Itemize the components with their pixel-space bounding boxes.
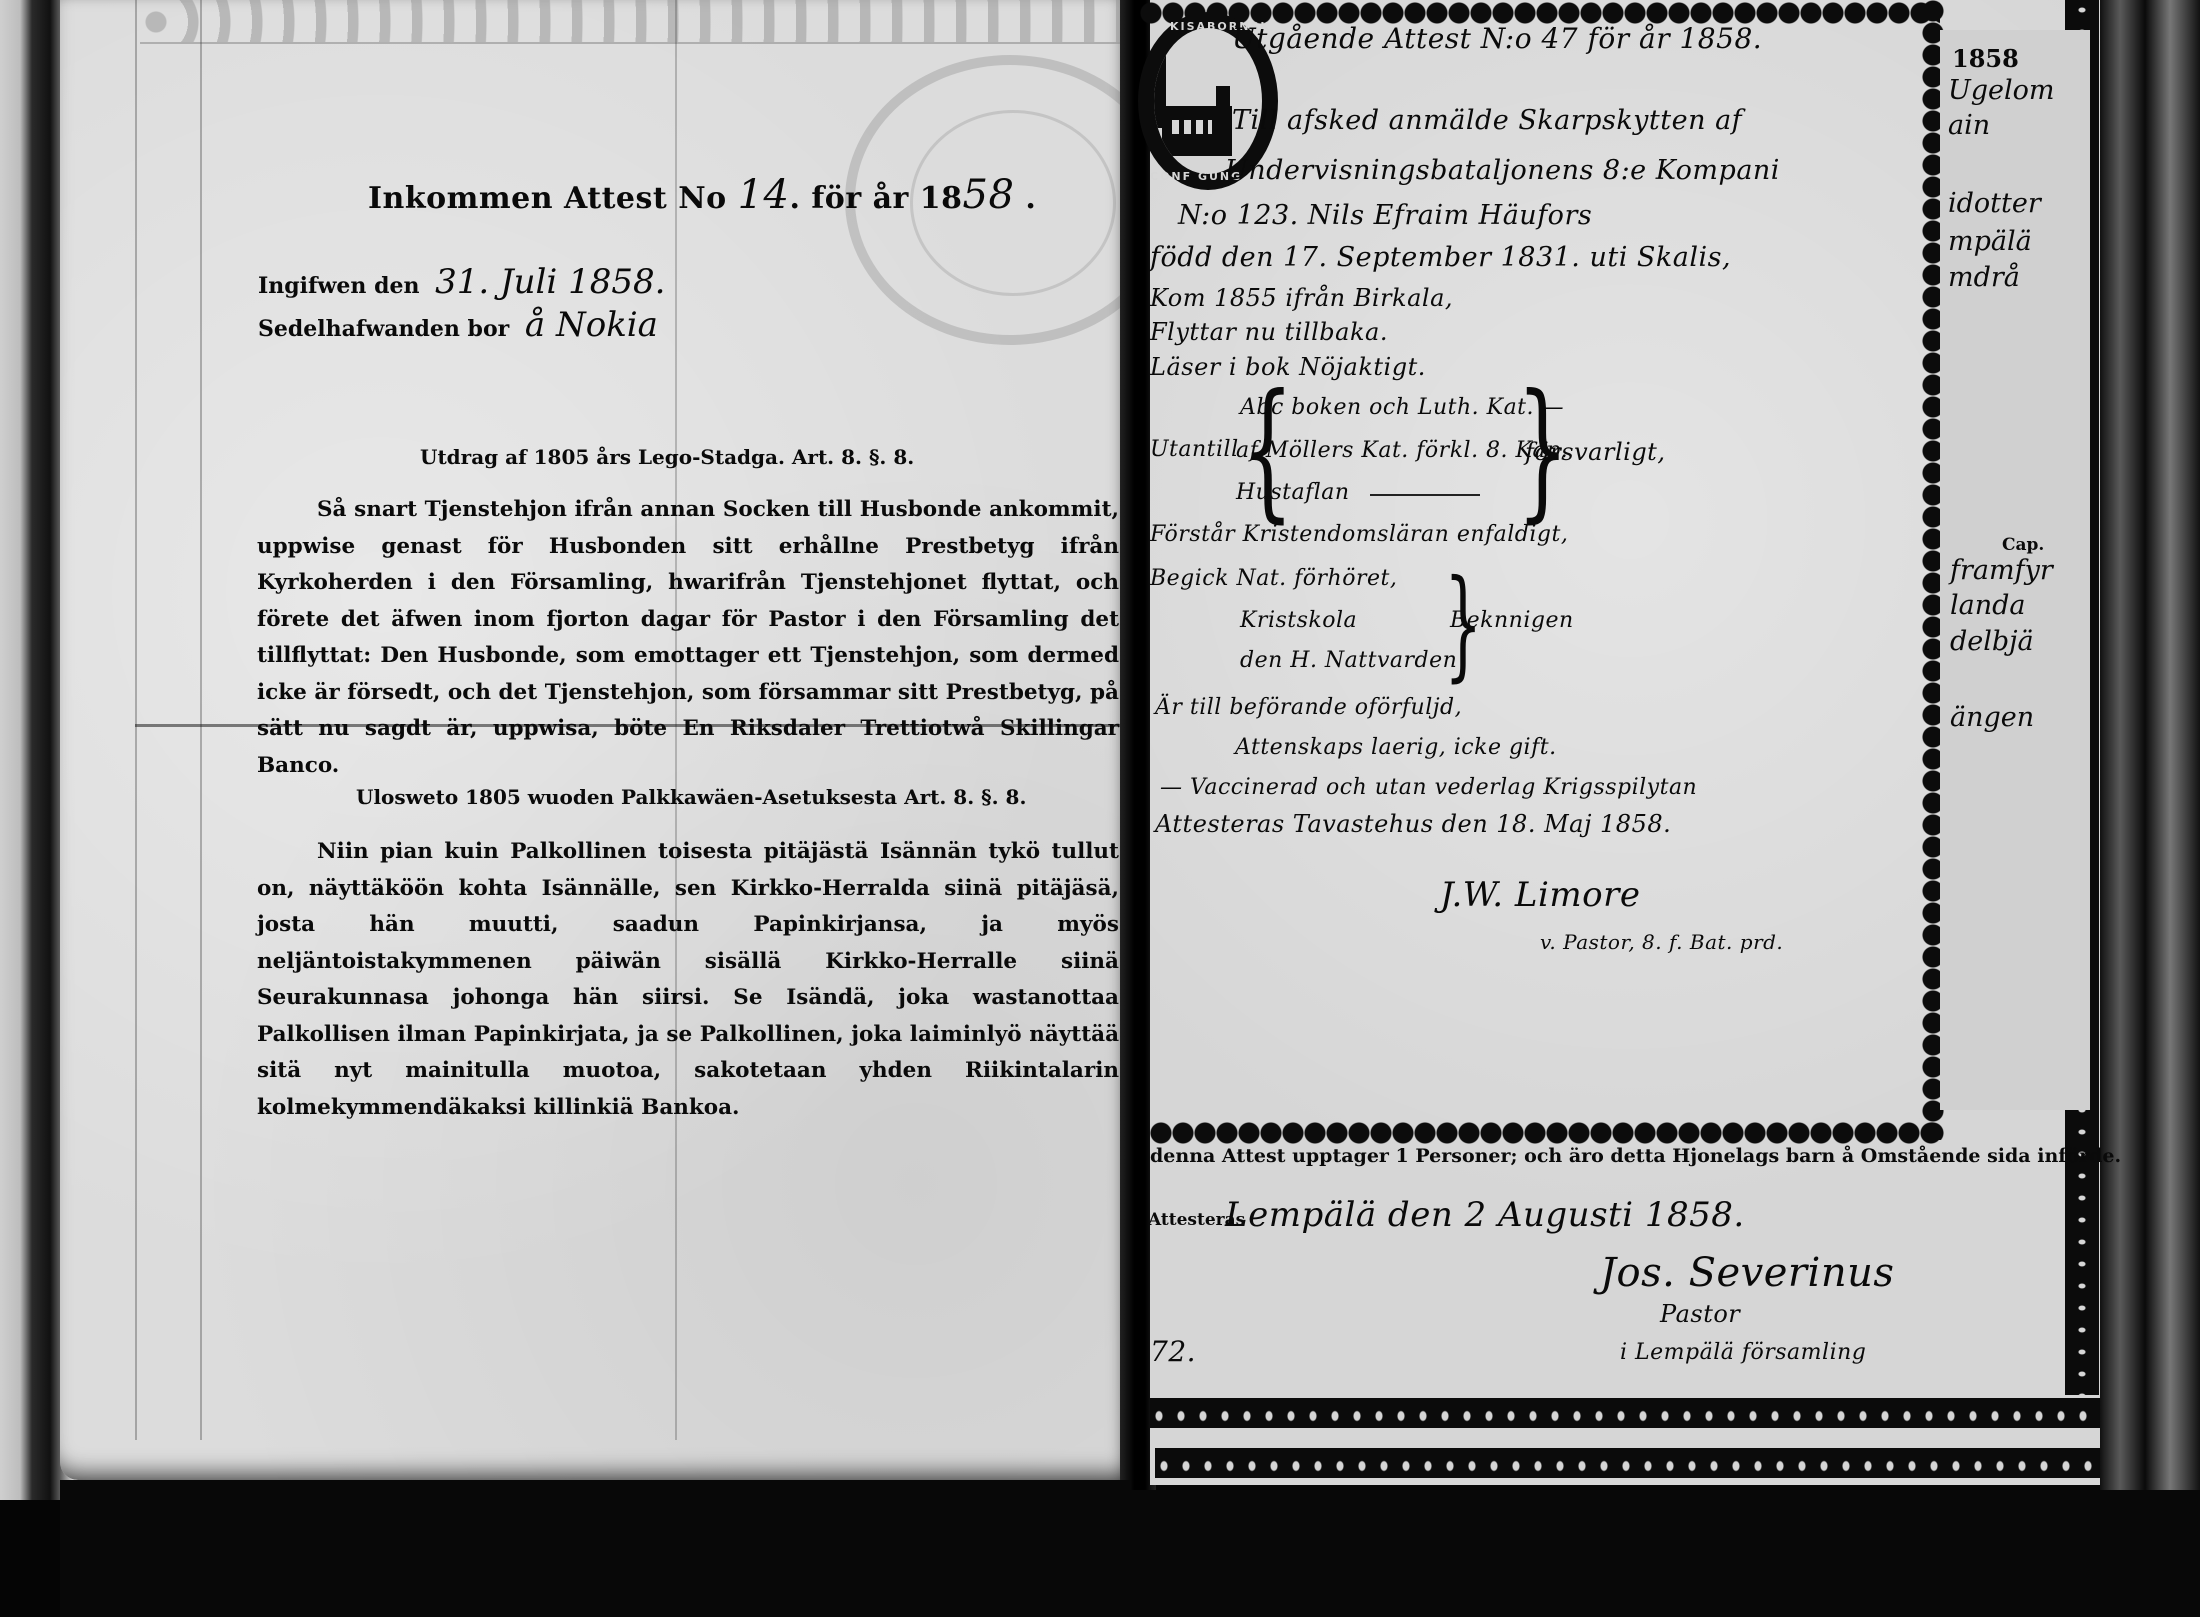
adjacent-year: 1858 xyxy=(1952,44,2019,73)
adjacent-fragment: ain xyxy=(1948,110,1990,141)
scanned-book-spread: Inkommen Attest No 14. för år 1858 . Ing… xyxy=(0,0,2200,1617)
bracket-item: Kristskola xyxy=(1240,608,1357,633)
margin-rule xyxy=(200,0,202,1440)
adjacent-fragment: idotter xyxy=(1948,188,2041,219)
finnish-extract-heading: Ulosweto 1805 wuoden Palkkawäen-Asetukse… xyxy=(356,785,1026,809)
swedish-extract-heading: Utdrag af 1805 års Lego-Stadga. Art. 8. … xyxy=(420,445,914,469)
signature-2-name: Jos. Severinus xyxy=(1600,1250,1894,1296)
bracket-item: den H. Nattvarden xyxy=(1240,648,1457,673)
printed-footer-persons: denna Attest upptager 1 Personer; och är… xyxy=(1150,1145,2121,1167)
bracket-right-label: försvarligt, xyxy=(1525,438,1665,466)
field-ingifwen: Ingifwen den 31. Juli 1858. xyxy=(258,262,665,302)
adjacent-fragment: mpälä xyxy=(1948,226,2032,257)
handwritten-line: — Vaccinerad och utan vederlag Krigsspil… xyxy=(1160,775,1697,800)
bracket-item: Hustaflan xyxy=(1236,480,1350,505)
ornamental-top-border xyxy=(140,0,1130,44)
field-label: Ingifwen den xyxy=(258,273,419,299)
handwritten-line: Är till beförande oförfuljd, xyxy=(1155,695,1462,720)
adjacent-cap-label: Cap. xyxy=(2002,535,2044,555)
ornate-frame-bottom-2 xyxy=(1155,1445,2105,1481)
outgoing-attest-header: Utgående Attest N:o 47 för år 1858. xyxy=(1232,22,1762,55)
scan-bottom-shadow xyxy=(1100,1490,2200,1617)
adjacent-fragment: mdrå xyxy=(1948,262,2020,293)
field-sedelhafwanden: Sedelhafwanden bor å Nokia xyxy=(258,305,658,345)
adjacent-fragment: Ugelom xyxy=(1948,75,2055,106)
page-number: 72. xyxy=(1150,1335,1196,1368)
signature-2-title: Pastor xyxy=(1660,1300,1740,1328)
handwritten-line: Till afsked anmälde Skarpskytten af xyxy=(1232,105,1742,136)
ornate-frame-bottom-1 xyxy=(1150,1395,2100,1431)
signature-title: v. Pastor, 8. f. Bat. prd. xyxy=(1540,930,1783,954)
signature-name: J.W. Limore xyxy=(1440,875,1640,915)
swedish-extract-body: Så snart Tjenstehjon ifrån annan Socken … xyxy=(257,492,1119,784)
scan-bottom-shadow-left xyxy=(60,1480,1130,1617)
title-printed-suffix: . xyxy=(1025,181,1036,216)
finnish-extract-body: Niin pian kuin Palkollinen toisesta pitä… xyxy=(257,834,1119,1126)
handwritten-line: Flyttar nu tillbaka. xyxy=(1150,318,1388,346)
attested-tavastehus-line: Attesteras Tavastehus den 18. Maj 1858. xyxy=(1155,810,1671,838)
handwritten-line: N:o 123. Nils Efraim Häufors xyxy=(1178,200,1592,231)
scallop-border-bottom xyxy=(1150,1120,1940,1146)
bracket-item: Abc boken och Luth. Kat. — xyxy=(1240,395,1564,420)
attest-number: 14 xyxy=(738,172,790,218)
adjacent-fragment: delbjä xyxy=(1950,626,2034,657)
field-value: 31. Juli 1858. xyxy=(435,262,665,302)
book-edge-right xyxy=(2100,0,2200,1617)
title-printed-prefix: Inkommen Attest No xyxy=(368,181,727,216)
adjacent-fragment: ängen xyxy=(1950,702,2034,733)
ditto-stroke xyxy=(1370,494,1480,496)
field-value: å Nokia xyxy=(525,305,658,345)
attest-year: 58 xyxy=(963,172,1015,218)
adjacent-fragment: framfyr xyxy=(1950,555,2053,586)
handwritten-line: Kom 1855 ifrån Birkala, xyxy=(1150,284,1453,312)
bracket-left-label: Utantill xyxy=(1150,437,1239,462)
bracket-right-label: Beknnigen xyxy=(1450,608,1574,633)
handwritten-line: Undervisningsbataljonens 8:e Kompani xyxy=(1225,155,1780,186)
attesteras-value: Lempälä den 2 Augusti 1858. xyxy=(1225,1195,1745,1235)
title-printed-mid: . för år 18 xyxy=(790,181,963,216)
handwritten-line: Attenskaps laerig, icke gift. xyxy=(1235,735,1557,760)
handwritten-line: född den 17. September 1831. uti Skalis, xyxy=(1150,242,1731,273)
margin-rule xyxy=(135,0,137,1440)
seal-tower-icon xyxy=(1216,86,1230,156)
field-label: Sedelhafwanden bor xyxy=(258,316,509,342)
bracket-item: Begick Nat. förhöret, xyxy=(1150,566,1397,591)
adjacent-fragment: landa xyxy=(1950,590,2026,621)
handwritten-line: Förstår Kristendomsläran enfaldigt, xyxy=(1150,522,1568,547)
document-title: Inkommen Attest No 14. för år 1858 . xyxy=(368,172,1036,218)
signature-2-place: i Lempälä församling xyxy=(1620,1340,1866,1365)
